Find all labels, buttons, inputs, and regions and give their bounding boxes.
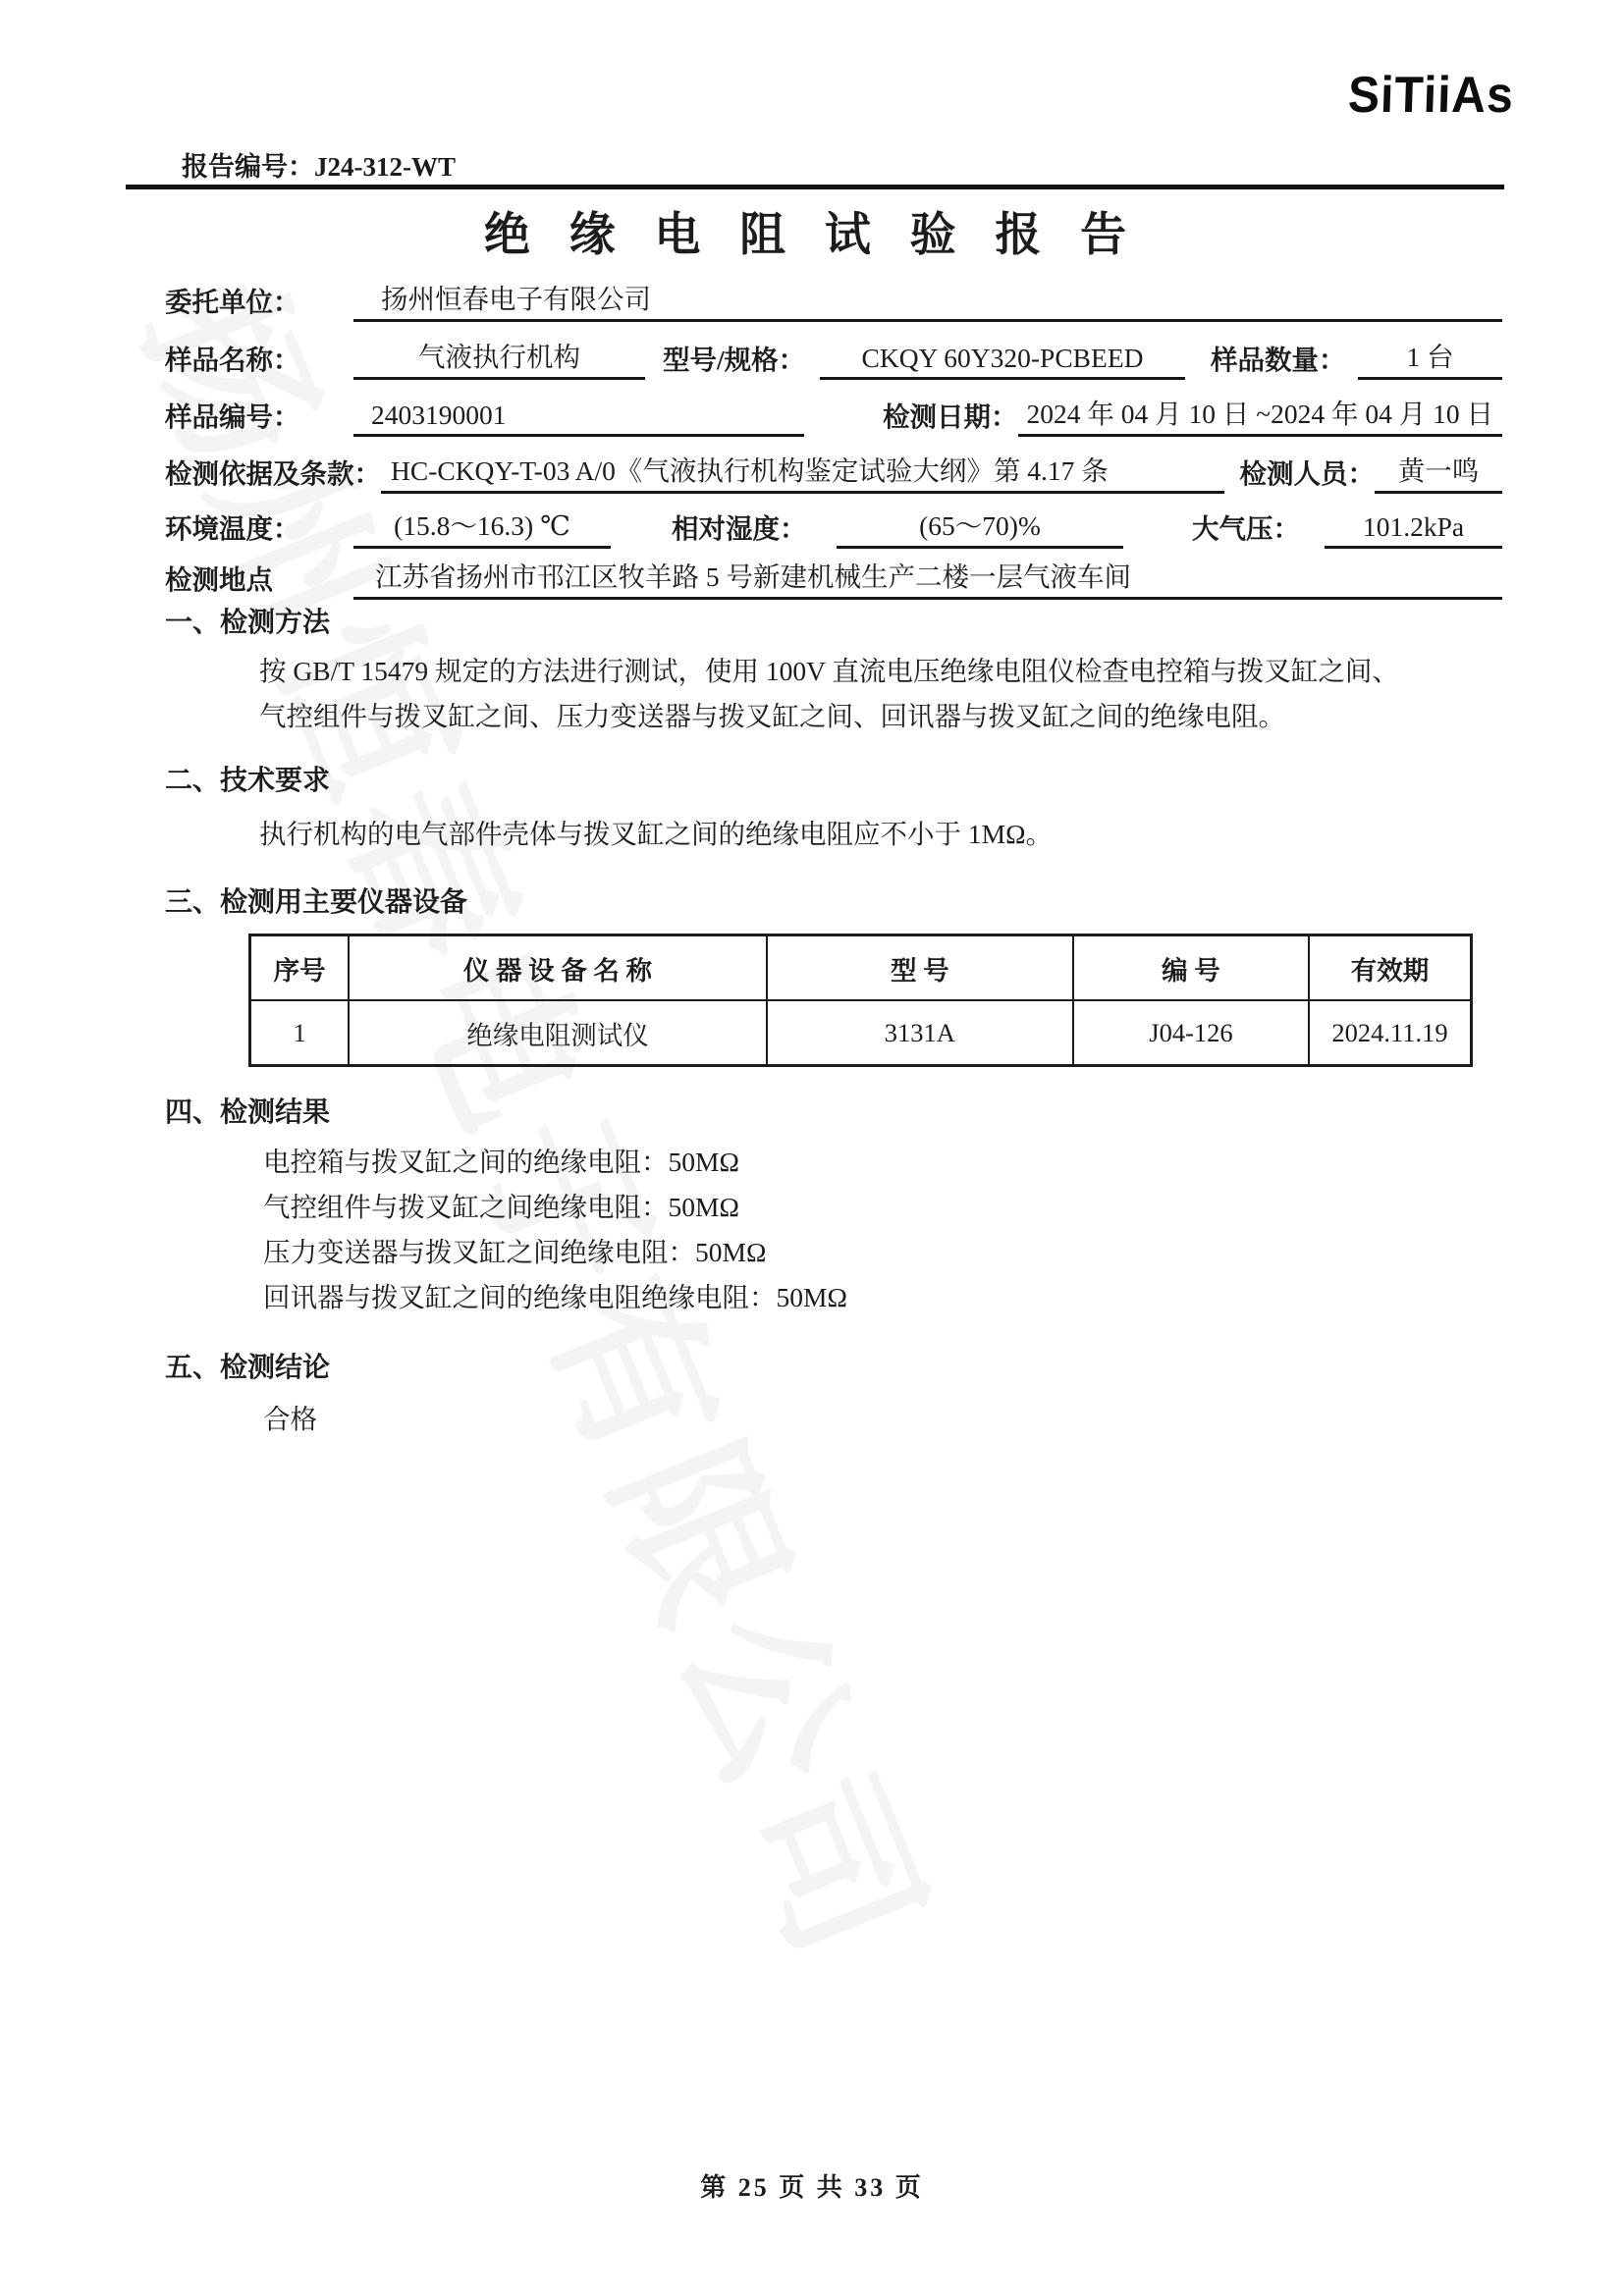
sample-no-label: 样品编号： <box>165 395 353 437</box>
instrument-table-header-row: 序号 仪 器 设 备 名 称 型 号 编 号 有效期 <box>250 935 1472 1001</box>
col-header-model: 型 号 <box>767 935 1073 1001</box>
basis-value: HC-CKQY-T-03 A/0《气液执行机构鉴定试验大纲》第 4.17 条 <box>381 449 1224 494</box>
cell-validity: 2024.11.19 <box>1309 1000 1471 1066</box>
instrument-table: 序号 仪 器 设 备 名 称 型 号 编 号 有效期 1 绝缘电阻测试仪 313… <box>248 934 1473 1067</box>
page-footer: 第 25 页 共 33 页 <box>0 2167 1624 2204</box>
report-number-label: 报告编号： <box>182 152 314 182</box>
qty-value: 1 台 <box>1358 335 1502 380</box>
sitiias-logo: SiTiiAs <box>1347 67 1515 125</box>
results-list: 电控箱与拨叉缸之间的绝缘电阻：50MΩ 气控组件与拨叉缸之间绝缘电阻：50MΩ … <box>165 1140 1502 1320</box>
pressure-value: 101.2kPa <box>1325 511 1502 549</box>
section-1-text-line2: 气控组件与拨叉缸之间、压力变送器与拨叉缸之间、回讯器与拨叉缸之间的绝缘电阻。 <box>259 694 1502 739</box>
environment-row: 环境温度： (15.8～16.3) ℃ 相对湿度： (65～70)% 大气压： … <box>165 494 1502 549</box>
client-value: 扬州恒春电子有限公司 <box>353 277 1502 322</box>
section-2-heading: 二、技术要求 <box>165 759 1502 798</box>
header-divider <box>126 185 1504 189</box>
sample-name-label: 样品名称： <box>165 338 353 380</box>
model-label: 型号/规格： <box>645 338 820 380</box>
tester-value: 黄一鸣 <box>1375 449 1502 494</box>
col-header-instrument: 仪 器 设 备 名 称 <box>349 935 766 1001</box>
section-5-heading: 五、检测结论 <box>165 1346 1502 1385</box>
client-label: 委托单位： <box>165 280 353 322</box>
tester-label: 检测人员： <box>1224 452 1376 494</box>
location-row: 检测地点 江苏省扬州市邗江区牧羊路 5 号新建机械生产二楼一层气液车间 <box>165 549 1502 600</box>
location-label: 检测地点 <box>165 558 353 600</box>
section-3-heading: 三、检测用主要仪器设备 <box>165 881 1502 920</box>
humidity-value: (65～70)% <box>837 504 1123 549</box>
report-body: 一、检测方法 按 GB/T 15479 规定的方法进行测试，使用 100V 直流… <box>165 601 1502 1442</box>
basis-label: 检测依据及条款： <box>165 452 381 494</box>
date-label: 检测日期： <box>883 395 1018 437</box>
section-1-text-line1: 按 GB/T 15479 规定的方法进行测试，使用 100V 直流电压绝缘电阻仪… <box>259 649 1502 694</box>
humidity-label: 相对湿度： <box>672 507 837 549</box>
section-1-heading: 一、检测方法 <box>165 601 1502 640</box>
page-title: 绝 缘 电 阻 试 验 报 告 <box>0 198 1624 264</box>
date-value: 2024 年 04 月 10 日 ~2024 年 04 月 10 日 <box>1018 392 1503 437</box>
col-header-serial: 编 号 <box>1073 935 1309 1001</box>
cell-index: 1 <box>250 1000 350 1066</box>
report-number-value: J24-312-WT <box>314 152 456 182</box>
basis-row: 检测依据及条款： HC-CKQY-T-03 A/0《气液执行机构鉴定试验大纲》第… <box>165 437 1502 494</box>
result-line: 电控箱与拨叉缸之间的绝缘电阻：50MΩ <box>263 1140 1502 1185</box>
cell-serial: J04-126 <box>1073 1000 1309 1066</box>
sample-no-row: 样品编号： 2403190001 检测日期： 2024 年 04 月 10 日 … <box>165 380 1502 437</box>
sample-info-block: 委托单位： 扬州恒春电子有限公司 样品名称： 气液执行机构 型号/规格： CKQ… <box>165 263 1502 600</box>
section-2-text: 执行机构的电气部件壳体与拨叉缸之间的绝缘电阻应不小于 1MΩ。 <box>259 812 1502 857</box>
pressure-label: 大气压： <box>1192 507 1325 549</box>
col-header-index: 序号 <box>250 935 350 1001</box>
temperature-label: 环境温度： <box>165 507 353 549</box>
qty-label: 样品数量： <box>1185 338 1358 380</box>
cell-instrument: 绝缘电阻测试仪 <box>349 1000 766 1066</box>
model-value: CKQY 60Y320-PCBEED <box>820 343 1185 380</box>
result-line: 回讯器与拨叉缸之间的绝缘电阻绝缘电阻：50MΩ <box>263 1275 1502 1320</box>
sample-name-row: 样品名称： 气液执行机构 型号/规格： CKQY 60Y320-PCBEED 样… <box>165 322 1502 380</box>
col-header-validity: 有效期 <box>1309 935 1471 1001</box>
instrument-table-row: 1 绝缘电阻测试仪 3131A J04-126 2024.11.19 <box>250 1000 1472 1066</box>
cell-model: 3131A <box>767 1000 1073 1066</box>
conclusion-text: 合格 <box>263 1397 1502 1442</box>
sample-no-value: 2403190001 <box>353 400 804 437</box>
result-line: 压力变送器与拨叉缸之间绝缘电阻：50MΩ <box>263 1230 1502 1275</box>
result-line: 气控组件与拨叉缸之间绝缘电阻：50MΩ <box>263 1185 1502 1230</box>
location-value: 江苏省扬州市邗江区牧羊路 5 号新建机械生产二楼一层气液车间 <box>353 555 1502 600</box>
sample-name-value: 气液执行机构 <box>353 335 645 380</box>
report-page: 扬州恒春电子有限公司 报告编号：J24-312-WT SiTiiAs 绝 缘 电… <box>0 0 1624 2296</box>
client-row: 委托单位： 扬州恒春电子有限公司 <box>165 263 1502 322</box>
report-number: 报告编号：J24-312-WT <box>182 145 456 184</box>
temperature-value: (15.8～16.3) ℃ <box>353 504 611 549</box>
section-4-heading: 四、检测结果 <box>165 1091 1502 1130</box>
